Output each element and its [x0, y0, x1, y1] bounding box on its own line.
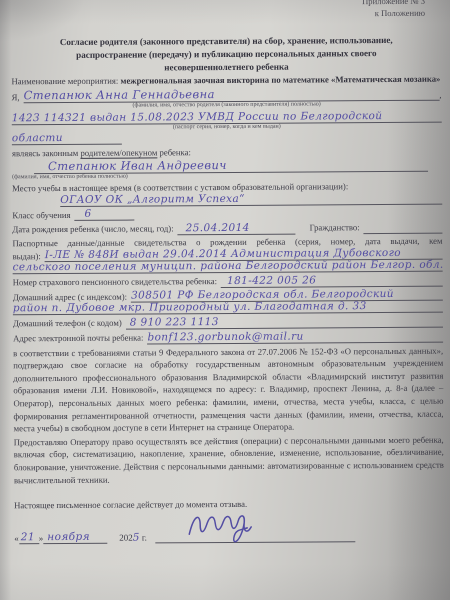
email-row: Адрес электронной почты ребенка: bonf123… [13, 330, 443, 345]
address-handwriting1: 308501 РФ Белгородская обл. Белгородский [131, 289, 394, 301]
guardian-underlined: родителем/опекуном [80, 148, 157, 158]
birth-date-label: Дата рождения ребенка (число, месяц, год… [12, 223, 177, 237]
day-handwriting: 21 [21, 533, 35, 543]
corner-note-line2: к Положению [11, 7, 425, 21]
grade-handwriting: 6 [84, 209, 91, 219]
address-row2: район п. Дубовое мкр. Пригородный ул. Бл… [13, 301, 443, 316]
consent-paragraph: в соответствии с требованиями статьи 9 Ф… [13, 344, 444, 435]
birth-date-field: 25.04.2014 [178, 223, 296, 236]
email-label: Адрес электронной почты ребенка: [13, 332, 147, 345]
phone-field: 8 910 223 1113 [126, 316, 443, 330]
month-handwriting: ноября [47, 532, 90, 542]
event-name-line: Наименование мероприятия: межрегиональна… [11, 73, 441, 88]
school-row: ОГАОУ ОК „Алгоритм Успеха“ [12, 193, 442, 208]
operator-rights-paragraph: Предоставляю Оператору право осуществлят… [14, 433, 444, 486]
birth-date-handwriting: 25.04.2014 [186, 223, 250, 233]
signature-stroke [185, 506, 273, 549]
school-handwriting: ОГАОУ ОК „Алгоритм Успеха“ [60, 194, 245, 205]
corner-note: Приложение № 3 к Положению [11, 0, 441, 21]
address-field2: район п. Дубовое мкр. Пригородный ул. Бл… [13, 301, 443, 316]
date-signature-row: « 21 » ноября 202 5 г. [14, 529, 444, 544]
birth-cert-row2: сельского поселения муницип. района Белг… [13, 260, 443, 275]
child-name-handwriting: Степанюк Иван Андреевич [48, 160, 227, 171]
email-handwriting: bonf123.gorbunok@mail.ru [147, 331, 303, 342]
guardian-line: являясь законным родителем/опекуном ребе… [12, 145, 442, 160]
parent-passport-handwriting: 1423 114321 выдан 15.08.2023 УМВД России… [12, 111, 383, 123]
snils-handwriting: 181-422 005 26 [227, 275, 316, 286]
guardian-text-start: являясь законным [12, 148, 78, 158]
parent-name-prefix: Я, [12, 91, 24, 104]
citizenship-label: Гражданство: [310, 222, 364, 235]
address-handwriting2: район п. Дубовое мкр. Пригородный ул. Бл… [13, 302, 367, 314]
year-suffix: г. [142, 531, 147, 544]
snils-row: Номер страхового пенсионного свидетельст… [13, 274, 443, 289]
signature-field [155, 531, 355, 544]
snils-field: 181-422 005 26 [221, 275, 443, 288]
birth-cert-handwriting2: сельского поселения муницип. района Белг… [13, 260, 444, 273]
parent-passport-field2: области [12, 133, 122, 146]
grade-field: 6 [74, 209, 134, 221]
form-title: Согласие родителя (законного представите… [11, 34, 441, 76]
year-digit-handwriting: 5 [133, 533, 140, 543]
child-name-field: Степанюк Иван Андреевич [34, 160, 428, 174]
grade-row: Класс обучения 6 [12, 207, 442, 222]
parent-passport-row: 1423 114321 выдан 15.08.2023 УМВД России… [12, 110, 442, 125]
school-field: ОГАОУ ОК „Алгоритм Успеха“ [60, 193, 442, 207]
parent-name-handwriting: Степанюк Анна Геннадьевна [24, 89, 215, 100]
parent-name-suffix: , [439, 88, 441, 101]
month-field: ноября [43, 532, 107, 544]
guardian-text-end: ребенка: [159, 147, 190, 157]
phone-label: Домашний телефон (с кодом) [13, 317, 126, 330]
citizenship-field [364, 222, 443, 234]
document-sheet: Приложение № 3 к Положению Согласие роди… [0, 0, 450, 600]
snils-label: Номер страхового пенсионного свидетельст… [13, 275, 221, 289]
email-field: bonf123.gorbunok@mail.ru [147, 330, 443, 344]
birth-date-row: Дата рождения ребенка (число, месяц, год… [12, 221, 442, 236]
phone-row: Домашний телефон (с кодом) 8 910 223 111… [13, 315, 443, 330]
grade-label: Класс обучения [12, 209, 74, 222]
year-printed: 202 [119, 531, 133, 544]
parent-passport-field: 1423 114321 выдан 15.08.2023 УМВД России… [12, 110, 442, 125]
day-field: 21 [19, 532, 39, 544]
event-name-label: Наименование мероприятия: [11, 76, 118, 87]
form-title-line1: Согласие родителя (законного представите… [11, 34, 441, 50]
phone-handwriting: 8 910 223 1113 [130, 317, 219, 328]
parent-passport-row2: области [12, 131, 442, 146]
parent-passport-handwriting2: области [12, 133, 63, 143]
event-name-value: межрегиональная заочная викторина по мат… [120, 74, 440, 86]
birth-cert-field2: сельского поселения муницип. района Белг… [13, 260, 443, 275]
